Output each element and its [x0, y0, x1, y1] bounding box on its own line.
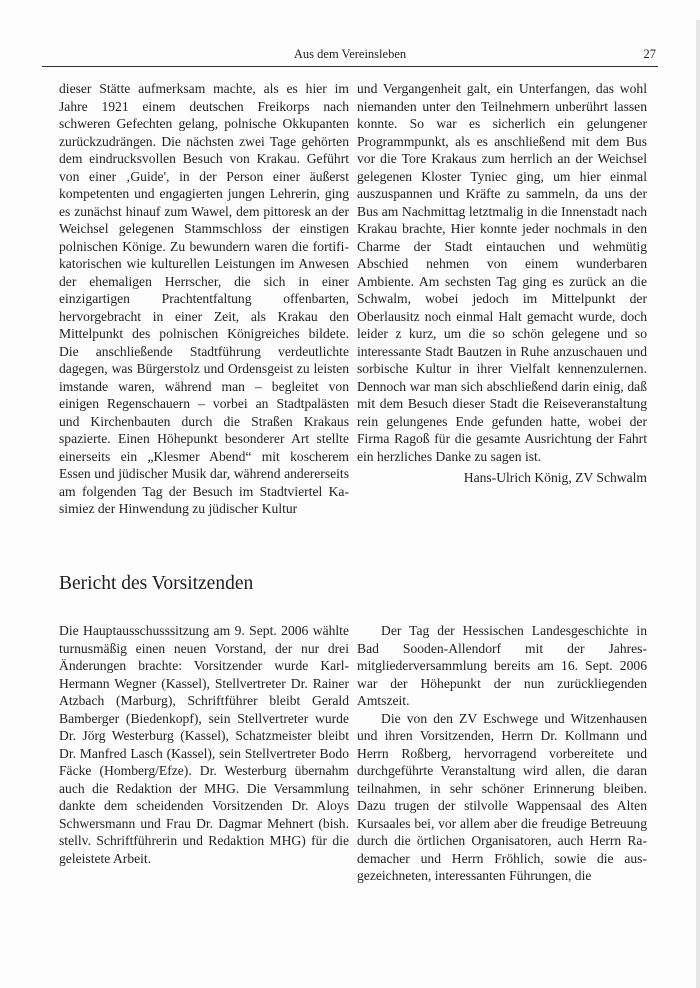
article1-column-left: dieser Stätte aufmerksam machte, als es …	[59, 80, 349, 518]
running-header: Aus dem Vereinsleben 27	[42, 44, 658, 67]
author-signature: Hans-Ulrich König, ZV Schwalm	[357, 469, 647, 487]
section-heading: Bericht des Vorsitzenden	[59, 573, 253, 595]
article2-column-right: Der Tag der Hessischen Landesgeschich­te…	[357, 622, 647, 885]
article1-column-right: und Vergangenheit galt, ein Unterfangen,…	[357, 80, 647, 487]
page-number: 27	[644, 47, 657, 62]
page-edge-shadow	[696, 20, 700, 988]
article1-text-left: dieser Stätte aufmerksam machte, als es …	[59, 80, 349, 518]
article2-paragraph-1: Der Tag der Hessischen Landesgeschich­te…	[357, 622, 647, 710]
article1-text-right: und Vergangenheit galt, ein Unterfangen,…	[357, 80, 647, 465]
article2-text-left: Die Hauptausschusssitzung am 9. Sept. 20…	[59, 622, 349, 867]
article2-paragraph-2: Die von den ZV Eschwege und Witzen­hause…	[357, 710, 647, 885]
section-title: Aus dem Vereinsleben	[42, 47, 658, 62]
article2-column-left: Die Hauptausschusssitzung am 9. Sept. 20…	[59, 622, 349, 867]
